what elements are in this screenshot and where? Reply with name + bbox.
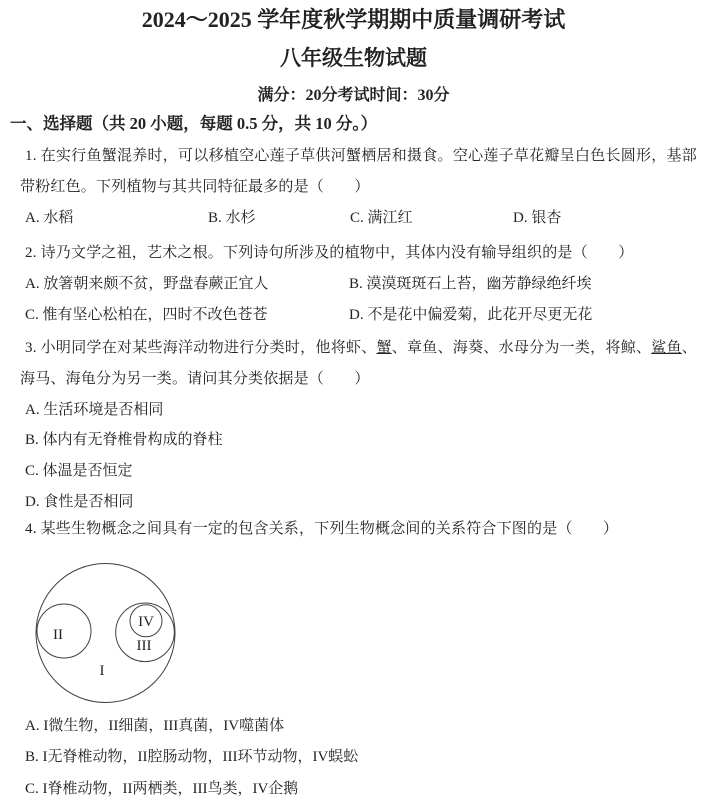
label-I: I: [100, 663, 105, 679]
question-2-option-a: A. 放箸朝来颇不贫，野盘春蕨正宜人: [25, 269, 349, 300]
question-4-option-a: A. I微生物，II细菌，III真菌，IV噬菌体: [25, 711, 702, 742]
question-1-option-d: D. 银杏: [513, 203, 697, 234]
exam-paper: 2024～2025 学年度秋学期期中质量调研考试 八年级生物试题 满分：20分考…: [0, 0, 707, 801]
label-IV: IV: [138, 614, 154, 630]
question-2-option-c: C. 惟有坚心松柏在，四时不改色苍苍: [25, 300, 349, 331]
question-4-options: A. I微生物，II细菌，III真菌，IV噬菌体 B. I无脊椎动物，II腔肠动…: [25, 711, 702, 801]
question-4-option-c: C. I脊椎动物，II两栖类，III鸟类，IV企鹅: [25, 774, 702, 801]
question-1-option-a: A. 水稻: [25, 203, 208, 234]
label-III: III: [137, 638, 152, 654]
label-II: II: [53, 627, 63, 643]
question-2-stem: 2. 诗乃文学之祖，艺术之根。下列诗句所涉及的植物中，其体内没有输导组织的是（ …: [20, 238, 697, 269]
question-2: 2. 诗乃文学之祖，艺术之根。下列诗句所涉及的植物中，其体内没有输导组织的是（ …: [20, 238, 697, 330]
question-4-option-b: B. I无脊椎动物，II腔肠动物，III环节动物，IV蜈蚣: [25, 742, 702, 773]
question-3-option-c: C. 体温是否恒定: [25, 456, 697, 487]
question-1: 1. 在实行鱼蟹混养时，可以移植空心莲子草供河蟹栖居和摄食。空心莲子草花瓣呈白色…: [20, 141, 697, 233]
question-2-option-b: B. 漠漠斑斑石上苔，幽芳静绿绝纤埃: [349, 269, 697, 300]
question-3-stem: 3. 小明同学在对某些海洋动物进行分类时，他将虾、蟹、章鱼、海葵、水母分为一类，…: [20, 333, 697, 395]
question-2-option-d: D. 不是花中偏爱菊，此花开尽更无花: [349, 300, 697, 331]
question-1-options: A. 水稻 B. 水杉 C. 满江红 D. 银杏: [25, 203, 697, 234]
question-1-option-c: C. 满江红: [350, 203, 513, 234]
question-3-option-b: B. 体内有无脊椎骨构成的脊柱: [25, 425, 697, 456]
concept-circles-diagram: II IV III I: [30, 560, 182, 708]
question-4: 4. 某些生物概念之间具有一定的包含关系，下列生物概念间的关系符合下图的是（ ）: [20, 514, 697, 545]
question-1-stem: 1. 在实行鱼蟹混养时，可以移植空心莲子草供河蟹栖居和摄食。空心莲子草花瓣呈白色…: [20, 141, 697, 203]
section-heading: 一、选择题（共 20 小题，每题 0.5 分，共 10 分。）: [10, 111, 700, 136]
question-3: 3. 小明同学在对某些海洋动物进行分类时，他将虾、蟹、章鱼、海葵、水母分为一类，…: [20, 333, 697, 518]
score-and-time-line: 满分：20分考试时间：30分: [0, 84, 707, 108]
exam-subtitle: 八年级生物试题: [0, 43, 707, 73]
question-4-stem: 4. 某些生物概念之间具有一定的包含关系，下列生物概念间的关系符合下图的是（ ）: [20, 514, 697, 545]
exam-title: 2024～2025 学年度秋学期期中质量调研考试: [0, 4, 707, 35]
circle-left-II: [37, 604, 91, 658]
question-3-option-a: A. 生活环境是否相同: [25, 395, 697, 426]
question-2-options: A. 放箸朝来颇不贫，野盘春蕨正宜人 B. 漠漠斑斑石上苔，幽芳静绿绝纤埃 C.…: [25, 269, 697, 331]
question-3-options: A. 生活环境是否相同 B. 体内有无脊椎骨构成的脊柱 C. 体温是否恒定 D.…: [25, 395, 697, 518]
question-1-option-b: B. 水杉: [208, 203, 350, 234]
